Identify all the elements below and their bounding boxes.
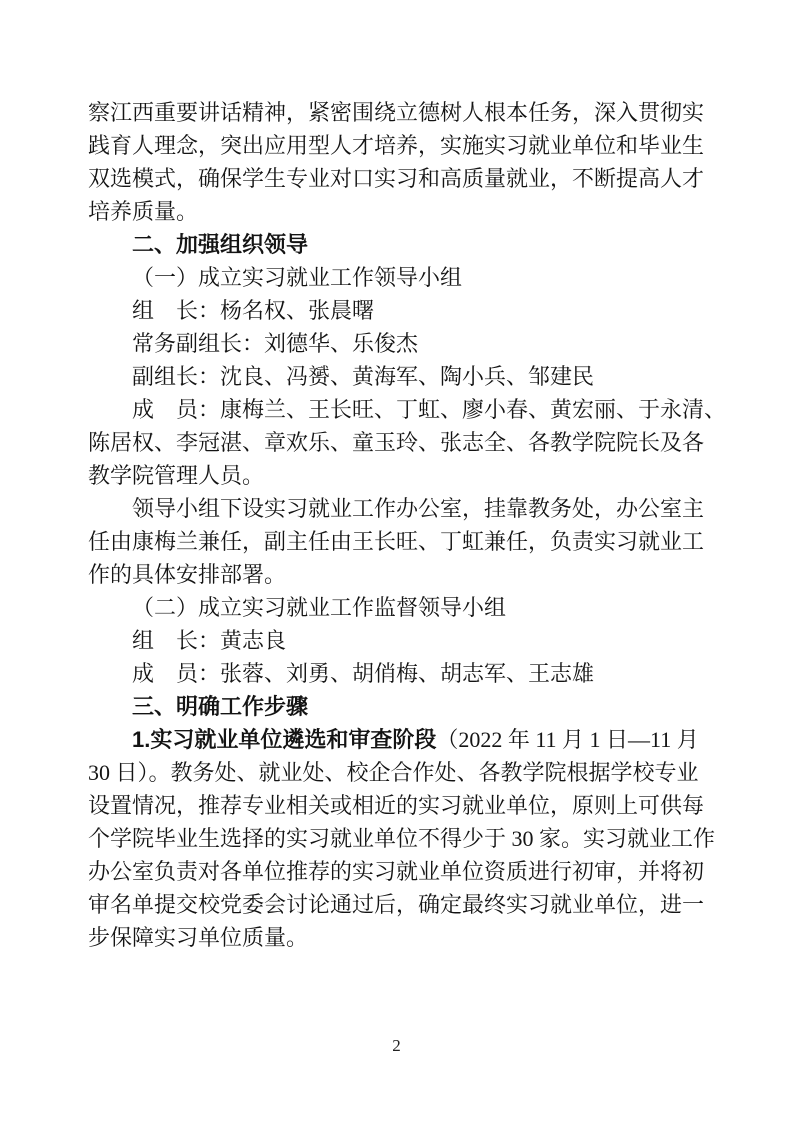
text-run: （2022 年 11 月 1 日—11 月 bbox=[436, 727, 698, 752]
text-line: 1.实习就业单位遴选和审查阶段（2022 年 11 月 1 日—11 月 bbox=[88, 723, 728, 756]
text-line: 设置情况，推荐专业相关或相近的实习就业单位，原则上可供每 bbox=[88, 789, 728, 822]
text-line: 作的具体安排部署。 bbox=[88, 558, 728, 591]
text-line: 副组长：沈良、冯赟、黄海军、陶小兵、邹建民 bbox=[88, 360, 728, 393]
section-heading: 二、加强组织领导 bbox=[88, 228, 728, 261]
text-line: 审名单提交校党委会讨论通过后，确定最终实习就业单位，进一 bbox=[88, 888, 728, 921]
text-line: 组 长：杨名权、张晨曙 bbox=[88, 294, 728, 327]
page-number: 2 bbox=[0, 1034, 793, 1058]
text-line: 办公室负责对各单位推荐的实习就业单位资质进行初审，并将初 bbox=[88, 855, 728, 888]
text-line: 常务副组长：刘德华、乐俊杰 bbox=[88, 327, 728, 360]
text-line: 察江西重要讲话精神，紧密围绕立德树人根本任务，深入贯彻实 bbox=[88, 96, 728, 129]
text-line: 步保障实习单位质量。 bbox=[88, 921, 728, 954]
text-line: 个学院毕业生选择的实习就业单位不得少于 30 家。实习就业工作 bbox=[88, 822, 728, 855]
bold-run: 1.实习就业单位遴选和审查阶段 bbox=[132, 727, 436, 752]
text-line: 陈居权、李冠湛、章欢乐、童玉玲、张志全、各教学院院长及各 bbox=[88, 426, 728, 459]
text-line: （二）成立实习就业工作监督领导小组 bbox=[88, 591, 728, 624]
text-line: 双选模式，确保学生专业对口实习和高质量就业，不断提高人才 bbox=[88, 162, 728, 195]
text-line: 培养质量。 bbox=[88, 195, 728, 228]
document-page: 察江西重要讲话精神，紧密围绕立德树人根本任务，深入贯彻实践育人理念，突出应用型人… bbox=[0, 0, 793, 1122]
text-line: 成 员：张蓉、刘勇、胡俏梅、胡志军、王志雄 bbox=[88, 657, 728, 690]
text-line: 教学院管理人员。 bbox=[88, 459, 728, 492]
text-line: 任由康梅兰兼任，副主任由王长旺、丁虹兼任，负责实习就业工 bbox=[88, 525, 728, 558]
section-heading: 三、明确工作步骤 bbox=[88, 690, 728, 723]
text-line: 领导小组下设实习就业工作办公室，挂靠教务处，办公室主 bbox=[88, 492, 728, 525]
text-line: 践育人理念，突出应用型人才培养，实施实习就业单位和毕业生 bbox=[88, 129, 728, 162]
document-body: 察江西重要讲话精神，紧密围绕立德树人根本任务，深入贯彻实践育人理念，突出应用型人… bbox=[88, 96, 728, 954]
text-line: 组 长：黄志良 bbox=[88, 624, 728, 657]
text-line: 30 日）。教务处、就业处、校企合作处、各教学院根据学校专业 bbox=[88, 756, 728, 789]
text-line: （一）成立实习就业工作领导小组 bbox=[88, 261, 728, 294]
text-line: 成 员：康梅兰、王长旺、丁虹、廖小春、黄宏丽、于永清、 bbox=[88, 393, 728, 426]
